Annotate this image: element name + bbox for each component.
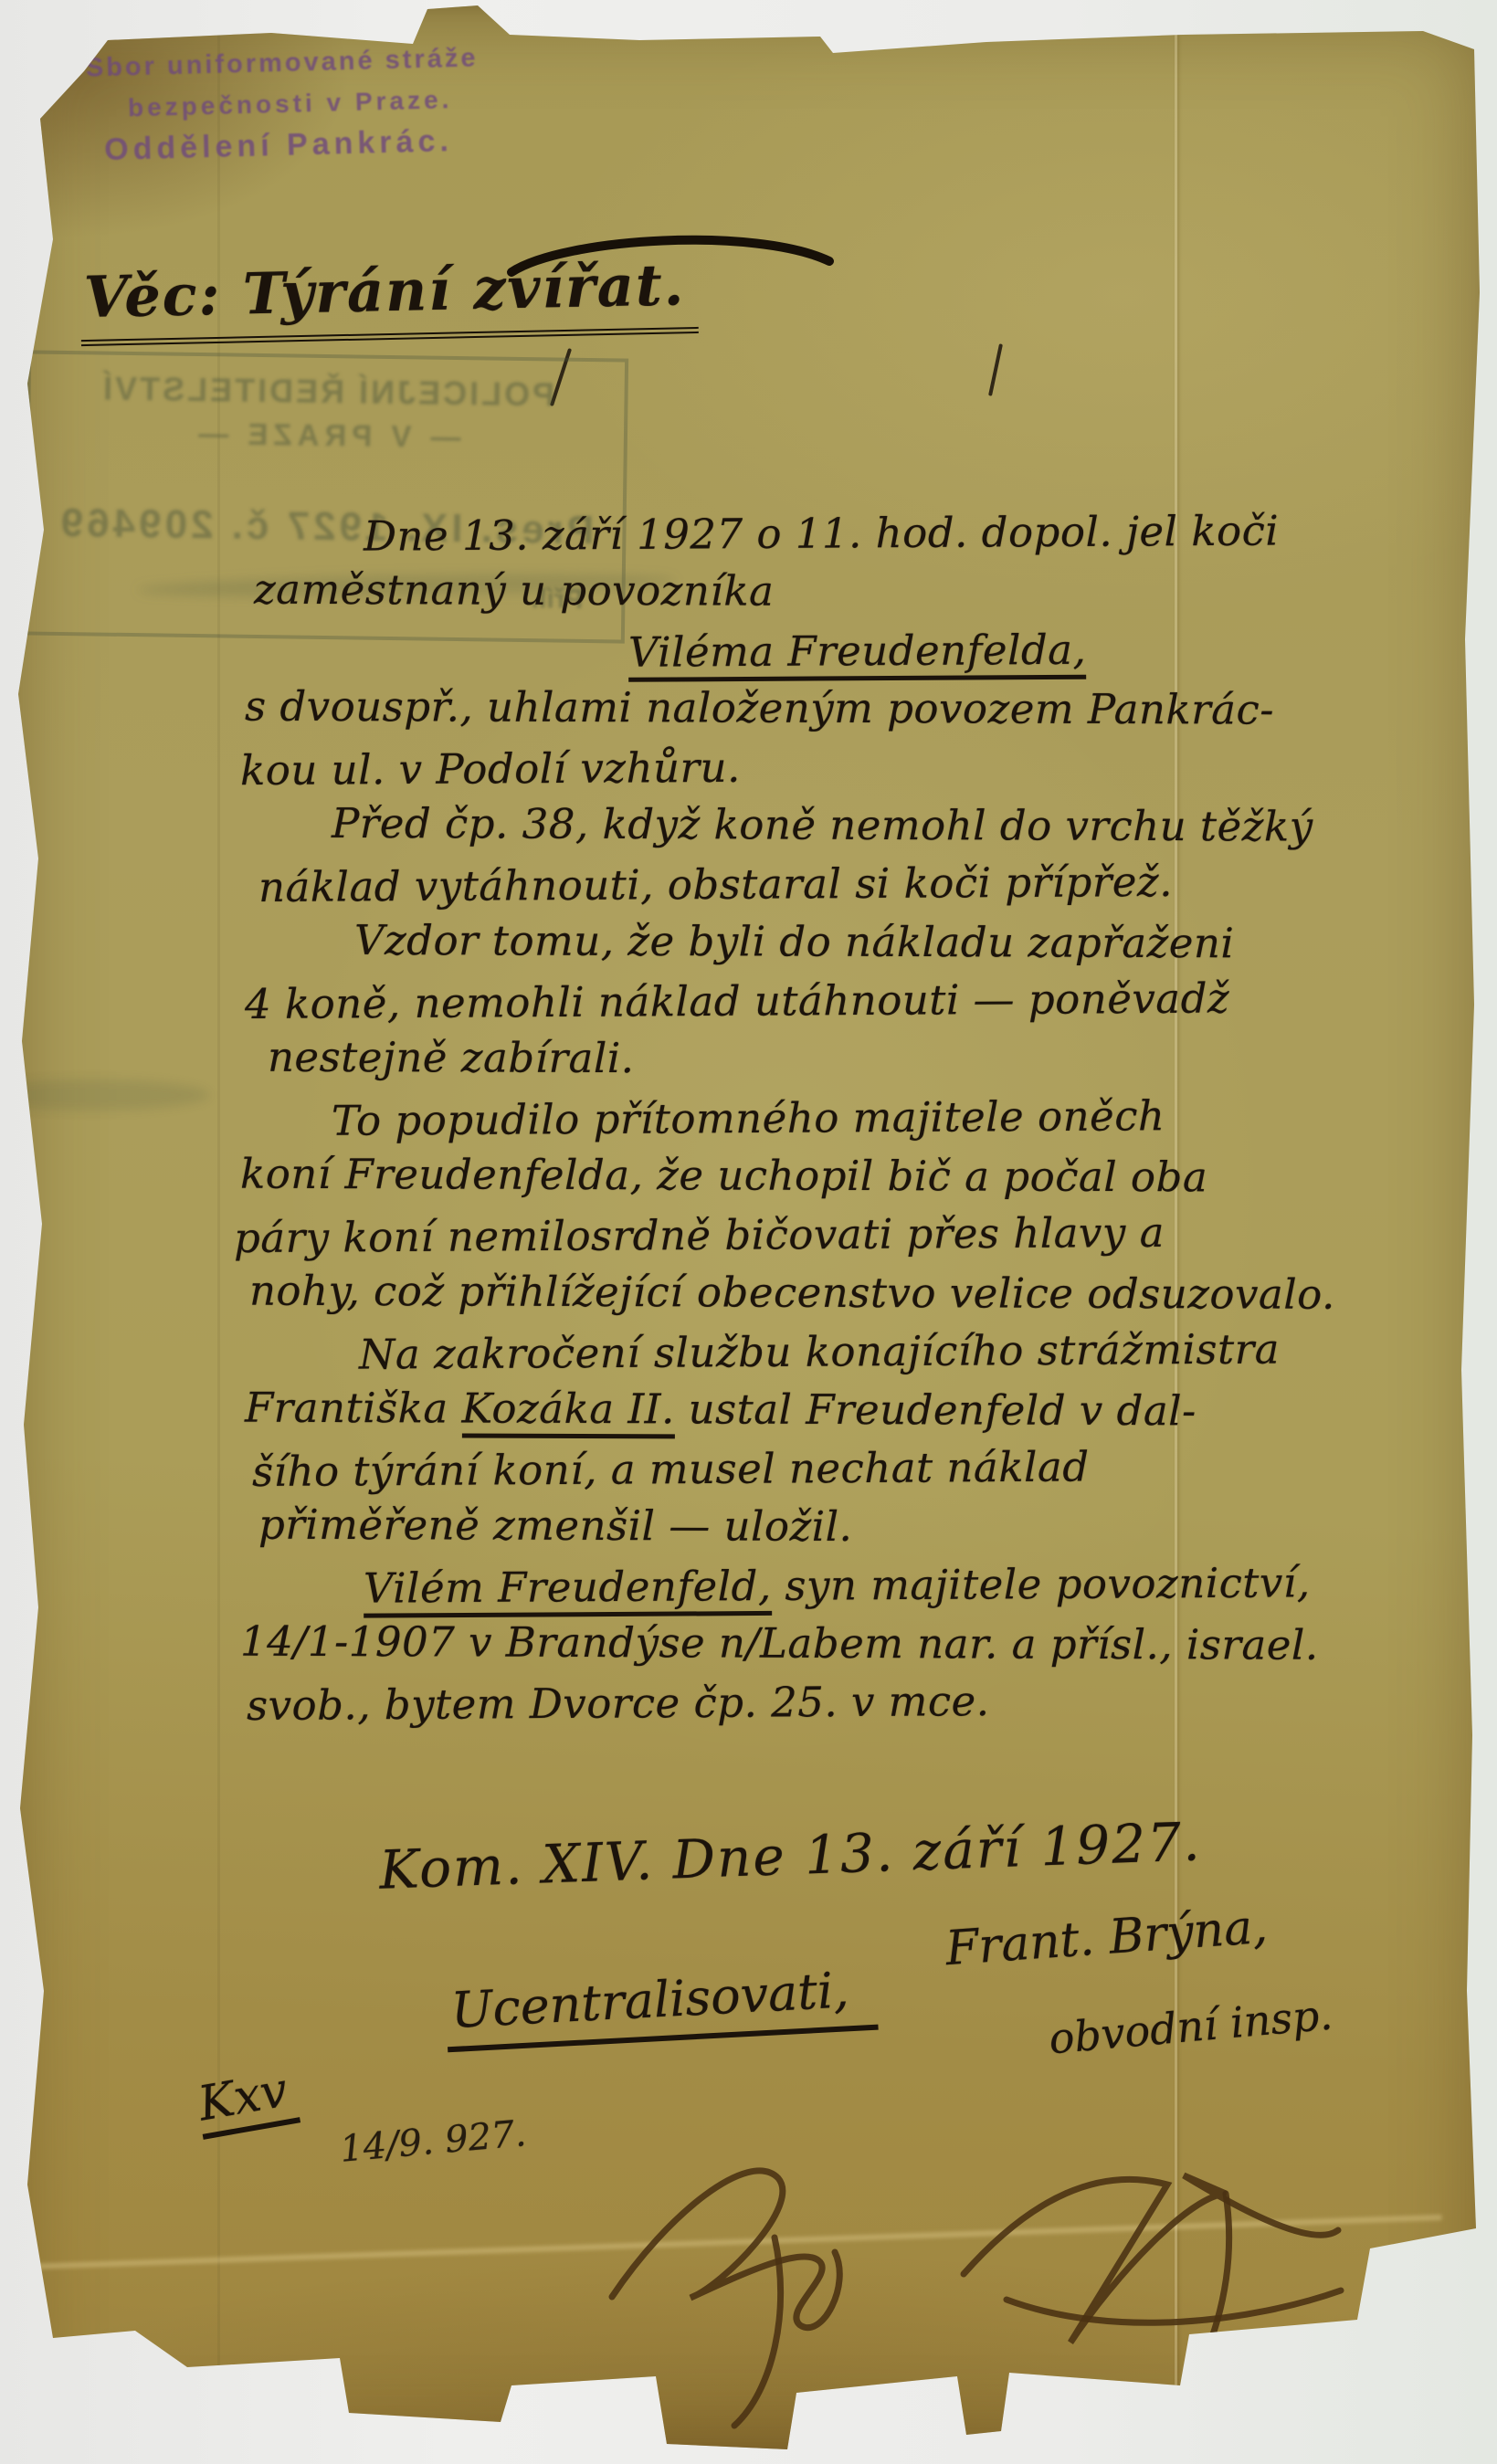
body-text: nohy, což přihlížející obecenstvo velice…	[249, 1267, 1335, 1319]
signature-flourish-1	[585, 2128, 932, 2434]
body-line: zaměstnaný u povozníka	[254, 561, 1460, 624]
body-text: Na zakročení službu konajícího strážmist…	[359, 1325, 1280, 1379]
body-line: přiměřeně zmenšil — uložil.	[258, 1496, 1460, 1559]
stamp-line: POLICEJNÍ ŘEDITELSTVÍ	[30, 368, 625, 415]
body-text: svob., bytem Dvorce čp. 25. v mce.	[247, 1677, 990, 1730]
body-text: koní Freudenfelda, že uchopil bič a poča…	[240, 1150, 1207, 1202]
body-line: Františka Kozáka II. ustal Freudenfeld v…	[245, 1379, 1460, 1442]
body-line: 4 koně, nemohli náklad utáhnouti — poněv…	[245, 968, 1460, 1034]
body-text: páry koní nemilosrdně bičovati přes hlav…	[234, 1208, 1165, 1262]
pen-flourish	[501, 230, 838, 290]
body-text: Před čp. 38, když koně nemohl do vrchu t…	[332, 799, 1313, 851]
pen-stroke	[988, 343, 1003, 396]
body-text: zaměstnaný u povozníka	[254, 565, 775, 616]
station-dateline: Kom. XIV. Dne 13. září 1927.	[378, 1810, 1202, 1901]
body-text: Dne 13. září 1927 o 11. hod. dopol. jel …	[364, 507, 1280, 561]
body-text: šího týrání koní, a musel nechat náklad	[252, 1442, 1090, 1496]
police-unit-rubber-stamp: Sbor uniformované stráže bezpečnosti v P…	[85, 41, 544, 168]
body-text-underlined: Vilém Freudenfeld,	[364, 1562, 772, 1618]
body-line: s dvouspř., uhlami naloženým povozem Pan…	[245, 678, 1460, 741]
body-text: s dvouspř., uhlami naloženým povozem Pan…	[245, 682, 1274, 734]
body-text: 14/1-1907 v Brandýse n/Labem nar. a přís…	[240, 1617, 1319, 1669]
body-text: ustal Freudenfeld v dal-	[675, 1385, 1197, 1435]
body-line: páry koní nemilosrdně bičovati přes hlav…	[234, 1202, 1460, 1268]
body-text: Vzdor tomu, že byli do nákladu zapřaženi	[354, 916, 1234, 967]
body-line: svob., bytem Dvorce čp. 25. v mce.	[247, 1669, 1460, 1735]
body-line: nohy, což přihlížející obecenstvo velice…	[249, 1262, 1460, 1325]
body-line: nestejně zabírali.	[268, 1028, 1460, 1091]
body-line: Na zakročení službu konajícího strážmist…	[359, 1319, 1460, 1384]
stamp-line: bezpečnosti v Praze.	[128, 82, 544, 122]
body-text: 4 koně, nemohli náklad utáhnouti — poněv…	[245, 974, 1229, 1028]
body-text: nestejně zabírali.	[268, 1033, 635, 1082]
stamp-line: Sbor uniformované stráže	[85, 41, 543, 83]
body-line: Dne 13. září 1927 o 11. hod. dopol. jel …	[364, 500, 1460, 565]
stamp-line: — V PRAZE —	[30, 414, 624, 457]
signature-flourish-2	[950, 2146, 1352, 2370]
marginal-date-note: 14/9. 927.	[338, 2112, 528, 2171]
body-text-underlined: Viléma Freudenfelda,	[628, 626, 1087, 682]
body-text-underlined: Kozáka II.	[461, 1385, 675, 1439]
handwritten-report-body: Dne 13. září 1927 o 11. hod. dopol. jel …	[227, 504, 1460, 1732]
body-line: Před čp. 38, když koně nemohl do vrchu t…	[332, 795, 1460, 857]
scanned-document-page: Sbor uniformované stráže bezpečnosti v P…	[0, 0, 1497, 2464]
body-text: kou ul. v Podolí vzhůru.	[240, 743, 741, 795]
body-line: To popudilo přítomného majitele oněch	[332, 1085, 1460, 1151]
body-line: náklad vytáhnouti, obstaral si koči příp…	[258, 851, 1460, 917]
body-text: syn majitele povoznictví,	[771, 1558, 1310, 1610]
body-line: Vzdor tomu, že byli do nákladu zapřaženi	[354, 911, 1460, 974]
body-text: Františka	[245, 1384, 462, 1433]
body-line: Viléma Freudenfelda,	[628, 618, 1460, 682]
body-line: 14/1-1907 v Brandýse n/Labem nar. a přís…	[240, 1613, 1460, 1676]
approval-note: Ucentralisovati,	[444, 1960, 878, 2053]
body-text: přiměřeně zmenšil — uložil.	[258, 1501, 852, 1551]
ink-smudge	[0, 1079, 210, 1111]
stamp-line: Oddělení Pankrác.	[104, 121, 545, 168]
officer-name: Frant. Brýna,	[944, 1900, 1269, 1976]
body-line: koní Freudenfelda, že uchopil bič a poča…	[240, 1145, 1460, 1208]
marginal-reference-mark: Kxv	[193, 2061, 300, 2140]
body-line: šího týrání koní, a musel nechat náklad	[252, 1436, 1460, 1501]
officer-title: obvodní insp.	[1047, 1990, 1334, 2064]
body-text: náklad vytáhnouti, obstaral si koči příp…	[258, 858, 1173, 911]
body-line: kou ul. v Podolí vzhůru.	[240, 734, 1460, 800]
body-line: Vilém Freudenfeld, syn majitele povoznic…	[364, 1553, 1460, 1617]
body-text: To popudilo přítomného majitele oněch	[332, 1091, 1165, 1145]
paper-sheet: Sbor uniformované stráže bezpečnosti v P…	[0, 0, 1497, 2464]
